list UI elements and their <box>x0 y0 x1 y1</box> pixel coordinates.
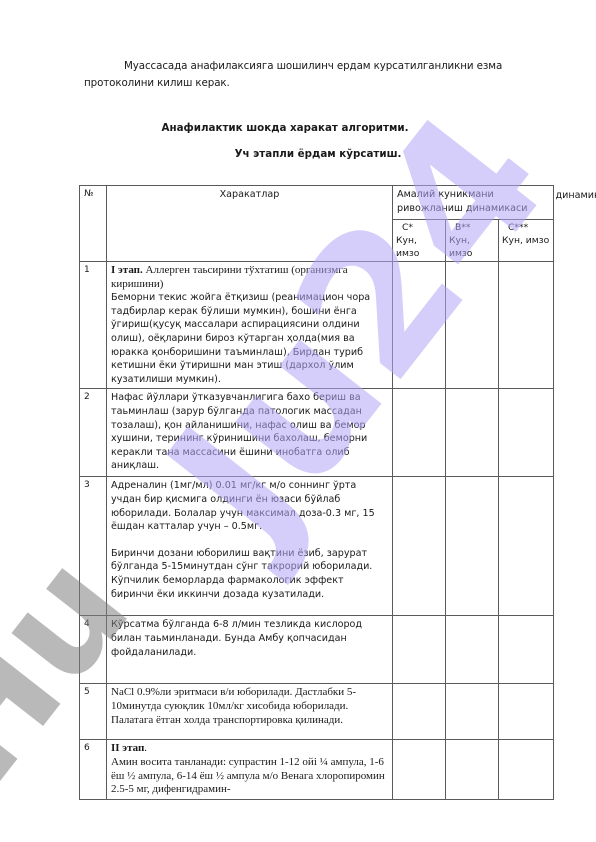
subheader-c: С* Кун, имзо <box>393 220 446 262</box>
signature-cell-c3[interactable] <box>499 389 554 477</box>
subheader-c3: С*** Кун, имзо <box>499 220 554 262</box>
signature-cell-c[interactable] <box>393 389 446 477</box>
level-mark: С* <box>396 221 442 234</box>
header-row: № Харакатлар Амалий куникмани ривожланиш… <box>80 186 554 220</box>
action-text: Беморни текис жойга ётқизиш (реанимацион… <box>111 292 370 385</box>
row-number: 6 <box>80 740 107 799</box>
action-cell: Кўрсатма бўлганда 6-8 л/мин тезликда кис… <box>107 616 393 684</box>
signature-cell-c[interactable] <box>393 684 446 740</box>
signature-cell-b[interactable] <box>446 262 499 389</box>
action-cell: Адреналин (1мг/мл) 0.01 мг/кг м/о соннин… <box>107 477 393 616</box>
table-row: 3 Адреналин (1мг/мл) 0.01 мг/кг м/о сонн… <box>80 477 554 616</box>
date-signature-label: Кун, имзо <box>449 235 472 259</box>
action-cell: II этап. Амин восита танланади: супрасти… <box>107 740 393 799</box>
action-cell: I этап. Аллерген таьсирини тўхтатиш (орг… <box>107 262 393 389</box>
row-number: 3 <box>80 477 107 616</box>
stage-text: Аллерген таьсирини тўхтатиш (организмга … <box>111 264 348 290</box>
document-title: Анафилактик шокда харакат алгоритми. <box>0 122 583 134</box>
action-text: Нафас йўллари ўтказувчанлигига бахо бери… <box>111 392 367 471</box>
signature-cell-c[interactable] <box>393 477 446 616</box>
table-row: 1 I этап. Аллерген таьсирини тўхтатиш (о… <box>80 262 554 389</box>
signature-cell-b[interactable] <box>446 740 499 799</box>
action-cell: NaCl 0.9%ли эритмаси в/и юборилади. Даст… <box>107 684 393 740</box>
table-row: 4 Кўрсатма бўлганда 6-8 л/мин тезликда к… <box>80 616 554 684</box>
action-text: Адреналин (1мг/мл) 0.01 мг/кг м/о соннин… <box>111 480 375 532</box>
signature-cell-c[interactable] <box>393 740 446 799</box>
stage-label: I этап. <box>111 264 143 276</box>
signature-cell-b[interactable] <box>446 616 499 684</box>
intro-paragraph: Муассасада анафилаксияга шошилинч ердам … <box>84 58 559 92</box>
table-row: 5 NaCl 0.9%ли эритмаси в/и юборилади. Да… <box>80 684 554 740</box>
header-actions: Харакатлар <box>107 186 393 262</box>
document-page: Муассасада анафилаксияга шошилинч ердам … <box>0 0 596 842</box>
stage-suffix: . <box>144 742 147 754</box>
document-subtitle: Уч этапли ёрдам кўрсатиш. <box>20 148 596 160</box>
signature-cell-b[interactable] <box>446 684 499 740</box>
signature-cell-c[interactable] <box>393 616 446 684</box>
action-text: Кўрсатма бўлганда 6-8 л/мин тезликда кис… <box>111 619 362 657</box>
signature-cell-c3[interactable] <box>499 262 554 389</box>
signature-cell-b[interactable] <box>446 389 499 477</box>
protocol-table: № Харакатлар Амалий куникмани ривожланиш… <box>79 185 554 800</box>
signature-cell-c3[interactable] <box>499 740 554 799</box>
signature-cell-b[interactable] <box>446 477 499 616</box>
table-row: 6 II этап. Амин восита танланади: супрас… <box>80 740 554 799</box>
header-skill-dynamics: Амалий куникмани ривожланиш динамикаси д… <box>393 186 554 220</box>
signature-cell-c3[interactable] <box>499 684 554 740</box>
signature-cell-c[interactable] <box>393 262 446 389</box>
row-number: 2 <box>80 389 107 477</box>
signature-cell-c3[interactable] <box>499 477 554 616</box>
header-num: № <box>80 186 107 262</box>
action-cell: Нафас йўллари ўтказувчанлигига бахо бери… <box>107 389 393 477</box>
action-text-2: Биринчи дозани юборилиш вақтини ёзиб, за… <box>111 548 372 600</box>
table-row: 2 Нафас йўллари ўтказувчанлигига бахо бе… <box>80 389 554 477</box>
row-number: 4 <box>80 616 107 684</box>
signature-cell-c3[interactable] <box>499 616 554 684</box>
action-text: Амин восита танланади: супрастин 1-12 ой… <box>111 756 385 795</box>
header-skill-dynamics-label: Амалий куникмани ривожланиш динамикаси <box>397 188 552 215</box>
action-text: NaCl 0.9%ли эритмаси в/и юборилади. Даст… <box>111 686 356 725</box>
stage-label: II этап <box>111 742 144 754</box>
level-mark: С*** <box>502 221 550 234</box>
subheader-b: В** Кун, имзо <box>446 220 499 262</box>
header-overflow-text: динамика <box>556 189 596 203</box>
date-signature-label: Кун, имзо <box>502 235 549 246</box>
date-signature-label: Кун, имзо <box>396 235 419 259</box>
row-number: 1 <box>80 262 107 389</box>
row-number: 5 <box>80 684 107 740</box>
level-mark: В** <box>449 221 495 234</box>
